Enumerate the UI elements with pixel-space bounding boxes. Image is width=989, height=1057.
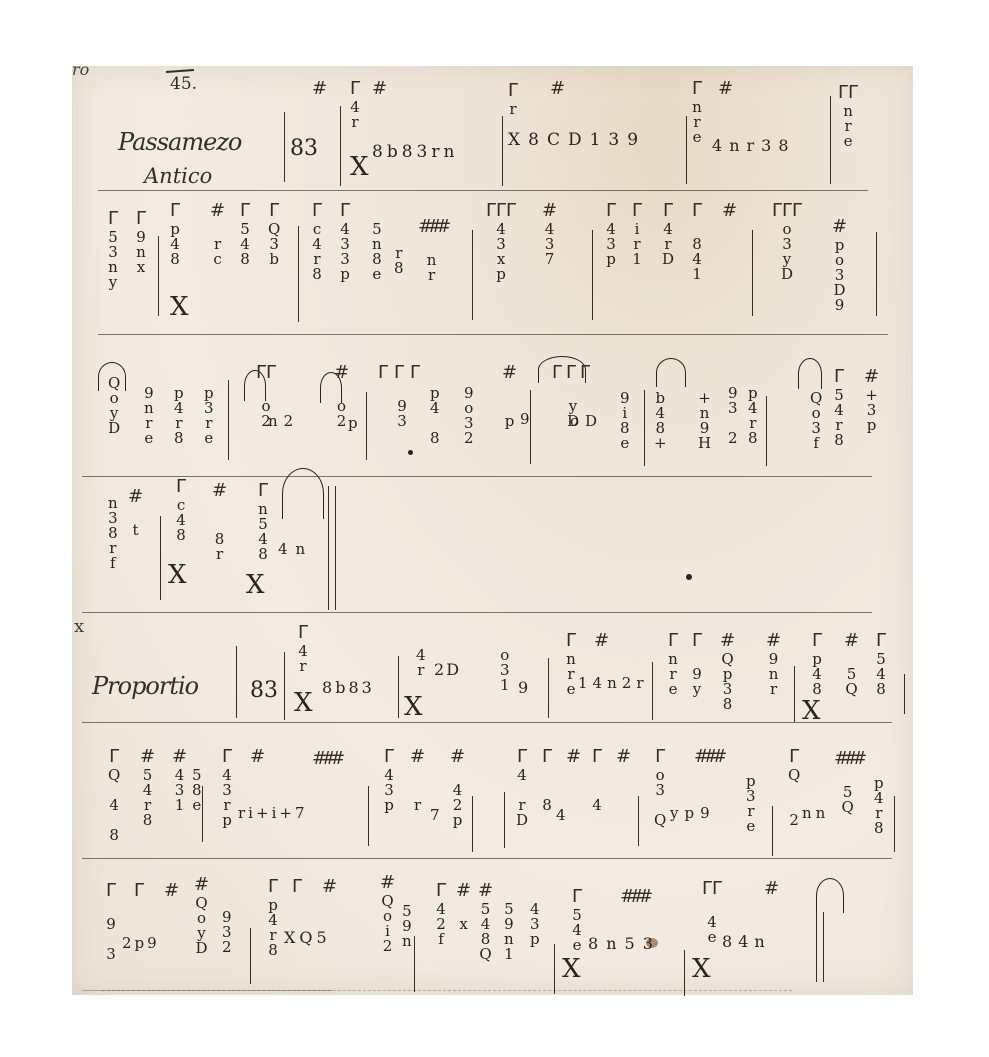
tab-cross: X <box>294 688 313 718</box>
tab-column: ᒥ 54r8 <box>834 366 844 448</box>
tab-column: # <box>566 746 581 768</box>
tab-column: # <box>764 878 779 900</box>
system-line <box>98 190 868 191</box>
barline <box>414 936 415 992</box>
tab-column: ᒥ 4r <box>298 622 308 674</box>
tab-cross: X <box>404 692 423 722</box>
insertion-mark: x <box>74 616 84 637</box>
tab-sequence: 2D <box>434 660 461 679</box>
barline <box>876 232 877 316</box>
tab-column: ᒥ c4r8 <box>312 200 322 282</box>
tab-column: # 54r8 <box>140 746 155 828</box>
tab-column: # Qoi2 <box>380 872 395 954</box>
tab-column: # <box>616 746 631 768</box>
tab-sequence: 14n2r <box>578 674 648 692</box>
tab-column: 932 <box>222 910 232 955</box>
tab-cross: X <box>168 560 187 590</box>
barline <box>530 390 531 464</box>
tab-glyph: 4 <box>556 806 566 824</box>
barline <box>644 390 645 466</box>
manuscript-page: ro 45. Passamezo Antico 83 x Proportio 8… <box>72 66 913 995</box>
tab-column: ᒥ <box>292 876 302 898</box>
barline <box>368 786 369 846</box>
tab-sequence: n2 <box>268 412 299 430</box>
tab-column: ### <box>312 748 339 770</box>
tab-column: # x <box>456 880 471 932</box>
tab-column: # <box>722 200 737 222</box>
tab-column: # rc <box>210 200 225 267</box>
tab-sequence: ri+i+7 <box>238 804 308 822</box>
ink-speck <box>686 574 692 580</box>
tab-column: QoyD <box>108 376 120 436</box>
tab-column: ᒥ n r e <box>692 78 702 145</box>
tab-cross: X <box>692 954 711 984</box>
barline <box>236 646 237 718</box>
tab-column: o31 <box>500 648 510 693</box>
barline <box>686 116 687 184</box>
tab-column: # <box>594 630 609 652</box>
barline <box>160 516 161 600</box>
system-line <box>98 334 888 335</box>
ink-dot <box>408 450 413 455</box>
tab-column: # <box>312 78 327 100</box>
tab-column: # p <box>502 362 517 429</box>
barline <box>904 674 905 714</box>
barline <box>502 116 503 186</box>
tab-column: # t <box>128 486 143 538</box>
tab-column: ᒥ p48 <box>170 200 180 267</box>
tab-column: r8 <box>394 246 404 276</box>
final-double-barline <box>816 912 824 982</box>
tab-column: ᒥ 4rD <box>662 200 674 267</box>
tab-column: ᒥ 4 r <box>350 78 360 130</box>
tab-column: ᒥᒥ 4e <box>702 878 722 945</box>
tab-column: # <box>250 746 265 768</box>
barline <box>472 230 473 320</box>
tab-column: ᒥ 93 <box>106 880 116 962</box>
piece-subtitle-antico: Antico <box>144 164 212 188</box>
tab-column: ᒥ 9nx <box>136 208 146 275</box>
tab-column: ᒥ 54e <box>572 886 582 953</box>
mensuration-sign: 83 <box>250 678 278 703</box>
tab-column: p48 <box>430 386 440 446</box>
tab-column: # <box>550 78 565 100</box>
tab-column: # 9nr <box>766 630 781 697</box>
tab-column: 59n <box>402 904 412 949</box>
barline <box>298 226 299 322</box>
barline <box>398 656 399 718</box>
barline <box>548 658 549 718</box>
tab-column: 59n1 <box>504 902 514 962</box>
tab-column: # QoyD <box>194 874 209 956</box>
corner-mark: ro <box>72 60 89 79</box>
tab-column: p3re <box>746 774 756 834</box>
tab-column: ᒥ o3Q <box>654 746 666 828</box>
tab-glyph: 9 <box>518 678 528 697</box>
tab-glyph: 9 <box>520 410 530 428</box>
barline <box>794 666 795 722</box>
tab-sequence: 8b83rn <box>372 142 458 162</box>
tab-cross: X <box>350 152 369 182</box>
tab-column: ᒥ n548 <box>258 480 268 562</box>
tab-sequence: X8CD139 <box>508 130 646 150</box>
tab-column: # Qp38 <box>720 630 735 712</box>
tab-column: 9i8e <box>620 376 630 451</box>
tab-column: ᒥ 433p <box>340 200 350 282</box>
system-line <box>82 722 892 723</box>
barline <box>158 236 159 316</box>
tab-column: ᒥ ir1 <box>632 200 642 267</box>
system-line <box>82 612 872 613</box>
tab-cross: X <box>170 292 189 322</box>
tab-column: ### <box>694 746 721 768</box>
tab-column: 43p <box>530 902 540 947</box>
tab-column: b48+ <box>654 376 667 451</box>
tab-column: ### nr <box>418 216 445 283</box>
tab-cross: X <box>562 954 581 984</box>
fermata-arc <box>282 468 324 519</box>
tab-column: ᒥ 9y <box>692 630 702 697</box>
barline <box>284 112 285 182</box>
tab-column: ᒥ 43rp <box>222 746 232 828</box>
tab-sequence: 84n <box>722 932 771 951</box>
barline <box>202 786 203 842</box>
barline <box>472 796 473 852</box>
barline <box>752 230 753 316</box>
barline <box>638 796 639 846</box>
tab-column: # <box>372 78 387 100</box>
tab-glyph: p <box>348 414 358 432</box>
tab-sequence: 4nr38 <box>712 136 796 155</box>
barline <box>366 392 367 460</box>
tab-column: 932 <box>728 386 738 446</box>
tab-column: ᒥ <box>134 880 144 902</box>
tab-column: ### 5Q <box>834 748 861 815</box>
tab-column: # 42p <box>450 746 465 828</box>
barline <box>228 380 229 460</box>
tab-column: n38rf <box>108 496 118 571</box>
tab-column: # 8r <box>212 480 227 562</box>
tab-column: p4r8 <box>874 776 884 836</box>
tab-column: ### <box>620 886 647 908</box>
tab-sequence: 2p9 <box>122 934 160 952</box>
barline <box>504 792 505 848</box>
piece-title-passamezo: Passamezo <box>118 128 241 156</box>
tab-column: p3re <box>204 386 214 446</box>
tab-column: ᒥᒥᒥ 43xp <box>486 200 516 282</box>
barline <box>592 230 593 320</box>
barline <box>250 928 251 984</box>
barline <box>894 796 895 852</box>
barline <box>554 944 555 994</box>
tab-column: ᒥ Q48 <box>108 746 120 843</box>
tab-glyph: 7 <box>430 806 440 824</box>
tab-column: p4r8 <box>174 386 184 446</box>
barline <box>766 396 767 466</box>
tab-column: ᒥ p48 <box>812 630 822 697</box>
tab-column: # po3D9 <box>832 216 847 313</box>
fermata-arc <box>816 878 844 913</box>
tab-column: ᒥ 4 <box>592 746 602 813</box>
tab-column: ᒥ r <box>508 80 518 117</box>
tab-column: +n9H <box>698 376 711 451</box>
tab-column: Qo3f <box>810 376 822 451</box>
tab-column: 4r <box>416 648 426 678</box>
tab-column: ᒥ 43p <box>606 200 616 267</box>
system-line <box>82 476 872 477</box>
tab-column: ᒥ 43p <box>384 746 394 813</box>
tab-column: # 431 <box>172 746 187 813</box>
tab-column: ᒥ 548 <box>240 200 250 267</box>
tab-sequence: 4n <box>278 540 313 558</box>
tab-column: ᒥ Q3b <box>268 200 280 267</box>
tab-sequence: 8b83 <box>322 678 375 697</box>
barline <box>652 662 653 720</box>
tab-sequence: 8n53 <box>588 934 661 953</box>
tab-column: # o2 <box>334 362 349 429</box>
tab-column: ᒥ Q2 <box>788 746 800 828</box>
tab-cross: X <box>802 696 821 726</box>
tab-column: ᒥᒥᒥ 93 <box>378 362 426 429</box>
tab-column: ᒥ 841 <box>692 200 702 282</box>
tab-column: 5n8e <box>372 222 382 282</box>
tab-column: 58e <box>192 768 202 813</box>
tab-column: # 437 <box>542 200 557 267</box>
barline <box>830 96 831 184</box>
tab-column: ᒥ c48 <box>176 476 186 543</box>
tab-column: # 548Q <box>478 880 493 962</box>
tab-column: ᒥ 8 <box>542 746 552 813</box>
tab-column: # <box>718 78 733 100</box>
tab-column: 9nre <box>144 386 154 446</box>
tab-column: ᒥ nre <box>668 630 678 697</box>
mensuration-sign: 83 <box>290 136 318 161</box>
tab-sequence: yp9 <box>670 804 716 822</box>
tab-column: 9o32 <box>464 386 474 446</box>
tab-column: # <box>164 880 179 902</box>
barline <box>340 106 341 186</box>
tab-column: ᒥ 42f <box>436 880 446 947</box>
tab-column: # <box>322 876 337 898</box>
tab-column: # 5Q <box>844 630 859 697</box>
tab-column: ᒥᒥ n r e <box>838 82 858 149</box>
piece-number: 45. <box>170 74 197 94</box>
system-line <box>82 858 892 859</box>
tab-column: ᒥ 53ny <box>108 208 118 290</box>
barline <box>284 652 285 720</box>
piece-title-proportio: Proportio <box>92 672 198 700</box>
barline <box>772 806 773 856</box>
final-double-barline <box>328 486 336 610</box>
bottom-ruling <box>102 990 792 991</box>
tab-sequence: oD <box>570 412 603 430</box>
tab-column: ᒥ p4r8 <box>268 876 278 958</box>
tab-column: ᒥᒥᒥ o3yD <box>772 200 802 282</box>
tab-sequence: nn <box>802 804 829 822</box>
tab-column: ᒥ 4rD <box>516 746 528 828</box>
tab-cross: X <box>246 570 265 600</box>
tab-column: # r <box>410 746 425 813</box>
tab-column: ᒥ nre <box>566 630 576 697</box>
tab-column: ᒥ 548 <box>876 630 886 697</box>
tab-sequence: XQ5 <box>284 928 331 947</box>
tab-column: p4r8 <box>748 386 758 446</box>
tab-column: # +3p <box>864 366 879 433</box>
